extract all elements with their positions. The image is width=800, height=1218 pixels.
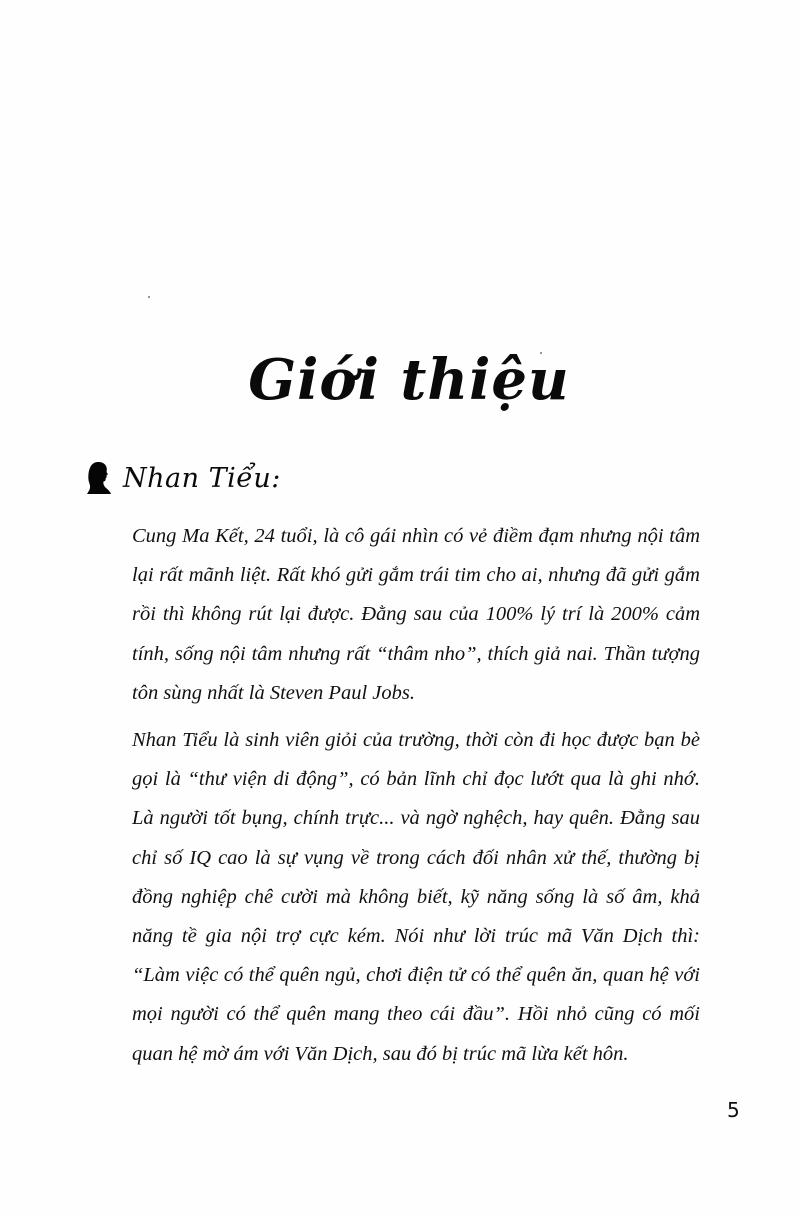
silhouette-portrait-icon (85, 461, 111, 495)
book-page: Giới thiệu Nhan Tiểu: Cung Ma Kết, 24 tu… (0, 0, 800, 1218)
paragraph: Cung Ma Kết, 24 tuổi, là cô gái nhìn có … (132, 517, 700, 713)
paragraph: Nhan Tiểu là sinh viên giỏi của trường, … (132, 721, 700, 1074)
page-title: Giới thiệu (0, 340, 800, 420)
page-number: 5 (727, 1098, 740, 1122)
character-description: Cung Ma Kết, 24 tuổi, là cô gái nhìn có … (132, 517, 700, 1082)
character-heading: Nhan Tiểu: (85, 458, 281, 498)
character-name: Nhan Tiểu: (123, 463, 281, 494)
scan-speck (148, 296, 150, 298)
